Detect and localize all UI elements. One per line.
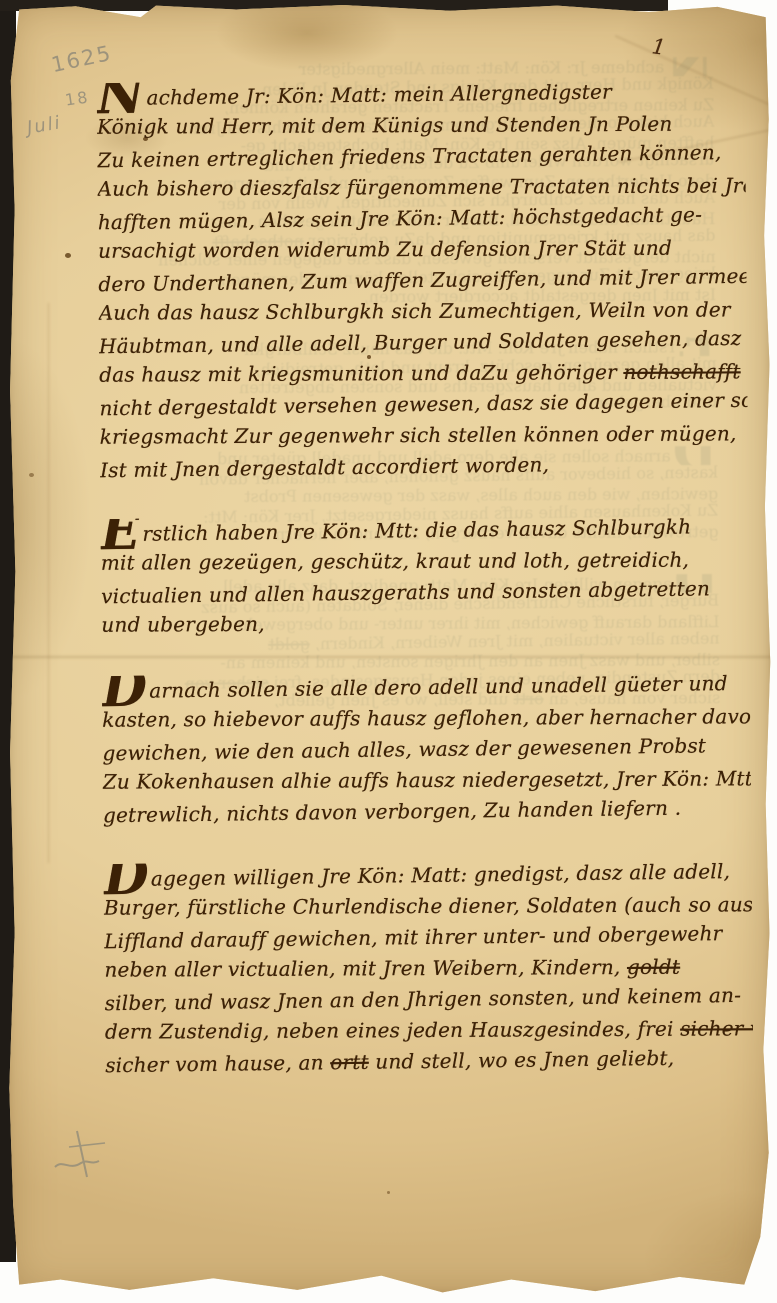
pencil-scribble <box>47 1121 125 1185</box>
line-text: kasten, so hiebevor auffs hausz geflohen… <box>102 704 750 731</box>
line-text: Burger, fürstliche Churlendische diener,… <box>104 892 752 919</box>
page-number: 1 <box>650 34 667 60</box>
line-text: dern Zustendig, neben eines jeden Hauszg… <box>105 1017 680 1044</box>
initial-letter-flourish: E <box>100 511 140 550</box>
line-text: ursachigt worden widerumb Zu defension J… <box>98 236 672 263</box>
ink-speck <box>65 253 71 258</box>
paragraph: Darnach sollen sie alle dero adell und u… <box>102 669 751 830</box>
line-text: Königk und Herr, mit dem Künigs und Sten… <box>97 112 672 139</box>
struck-word: nothschafft <box>623 359 740 384</box>
line-text: rstlich haben Jre Kön: Mtt: die das haus… <box>142 515 691 546</box>
line-text: mit allen gezeügen, geschütz, kraut und … <box>101 548 689 575</box>
struck-word: sicher von <box>680 1016 753 1041</box>
line-text: Häubtman, und alle adell, Burger und Sol… <box>99 326 742 358</box>
manuscript-line: Ist mit Jnen dergestaldt accordiert word… <box>100 447 748 486</box>
line-text: Zu keinen ertreglichen friedens Tractate… <box>97 140 721 172</box>
line-text: getrewlich, nichts davon verborgen, Zu h… <box>103 796 681 828</box>
line-text: agegen willigen Jre Kön: Matt: gnedigst,… <box>151 859 730 891</box>
manuscript-line: sicher vom hause, an ortt und stell, wo … <box>105 1042 753 1081</box>
line-text: Ist mit Jnen dergestaldt accordiert word… <box>100 452 549 482</box>
dirt-speck <box>29 473 34 477</box>
line-text: und stell, wo es Jnen geliebt, <box>369 1046 675 1074</box>
line-text: achdeme Jr: Kön: Matt: mein Allergnedigs… <box>146 80 612 110</box>
line-text: victualien und allen hauszgeraths und so… <box>101 576 710 608</box>
manuscript-line: getrewlich, nichts davon verborgen, Zu h… <box>103 792 751 831</box>
line-text: Auch bishero dieszfalsz fürgenommene Tra… <box>98 173 746 201</box>
struck-word: ortt <box>330 1050 369 1075</box>
paragraph: Erstlich haben Jre Kön: Mtt: die das hau… <box>100 512 749 642</box>
initial-letter-flourish: D <box>102 668 148 707</box>
paragraph: Dagegen willigen Jre Kön: Matt: gnedigst… <box>103 857 753 1080</box>
line-text: Zu Kokenhausen alhie auffs hausz niederg… <box>103 766 751 793</box>
initial-letter-flourish: D <box>103 856 149 895</box>
line-text: dero Underthanen, Zum waffen Zugreiffen,… <box>98 264 746 297</box>
line-text: Liffland darauff gewichen, mit ihrer unt… <box>104 921 722 953</box>
manuscript-scan: Nachdeme Jr: Kön: Matt: mein Allergnedig… <box>0 0 777 1303</box>
line-text: hafften mügen, Alsz sein Jre Kön: Matt: … <box>98 202 703 234</box>
line-text: das hausz mit kriegsmunition und daZu ge… <box>99 360 623 387</box>
line-text: kriegsmacht Zur gegenwehr sich stellen k… <box>100 421 737 448</box>
margin-note-year: 1625 <box>49 41 114 77</box>
line-text: arnach sollen sie alle dero adell und un… <box>149 671 728 703</box>
margin-note-month: Juli <box>25 112 63 139</box>
struck-word: goldt <box>627 955 680 979</box>
line-text: nicht dergestaldt versehen gewesen, dasz… <box>99 387 747 420</box>
line-text: gewichen, wie den auch alles, wasz der g… <box>102 733 706 765</box>
manuscript-text: Nachdeme Jr: Kön: Matt: mein Allergnedig… <box>97 76 754 1080</box>
initial-letter-flourish: N <box>97 75 145 114</box>
line-text: sicher vom hause, an <box>105 1050 330 1077</box>
line-text: und ubergeben, <box>101 612 264 637</box>
paragraph: Nachdeme Jr: Kön: Matt: mein Allergnedig… <box>97 76 748 485</box>
dirt-speck <box>387 1191 390 1194</box>
margin-note-day: 18 <box>64 87 91 109</box>
line-text: silber, und wasz Jnen an den Jhrigen son… <box>105 983 742 1015</box>
paper-sheet: Nachdeme Jr: Kön: Matt: mein Allergnedig… <box>7 3 771 1295</box>
vertical-crease <box>47 303 50 863</box>
line-text: Auch das hausz Schlburgkh sich Zumechtig… <box>99 297 731 324</box>
line-text: neben aller victualien, mit Jren Weibern… <box>104 955 627 982</box>
manuscript-line: und ubergeben, <box>101 606 749 640</box>
line-text: achdeme Jr: Kön: Matt: mein Allergnedigs… <box>299 57 665 78</box>
